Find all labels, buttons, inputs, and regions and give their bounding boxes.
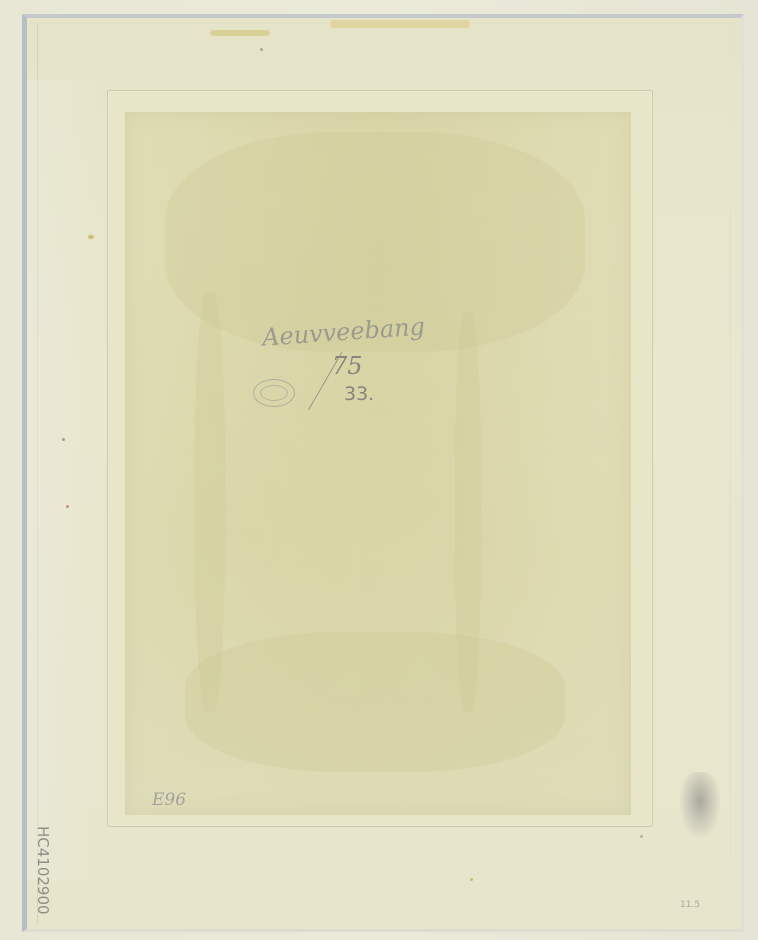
- foxing-spot: [88, 235, 94, 239]
- pencil-mark-lower-left: E96: [152, 790, 186, 810]
- foxing-spot: [640, 835, 643, 838]
- pencil-number-top: 75: [332, 352, 363, 380]
- inventory-number: HC4102900: [34, 826, 52, 915]
- show-through-tree: [195, 292, 225, 712]
- tape-stain: [330, 20, 470, 28]
- show-through-ground: [185, 632, 565, 772]
- tape-stain: [210, 30, 270, 36]
- image-show-through: [125, 112, 631, 815]
- foxing-spot: [470, 878, 473, 881]
- foxing-spot: [66, 505, 69, 508]
- graphite-smudge: [680, 772, 720, 837]
- corner-note: 11.5: [680, 900, 700, 910]
- pencil-number-bottom: 33.: [344, 383, 374, 405]
- paper-discoloration: [27, 80, 97, 880]
- foxing-spot: [260, 48, 263, 51]
- foxing-spot: [62, 438, 65, 441]
- collection-stamp-icon: [253, 379, 295, 407]
